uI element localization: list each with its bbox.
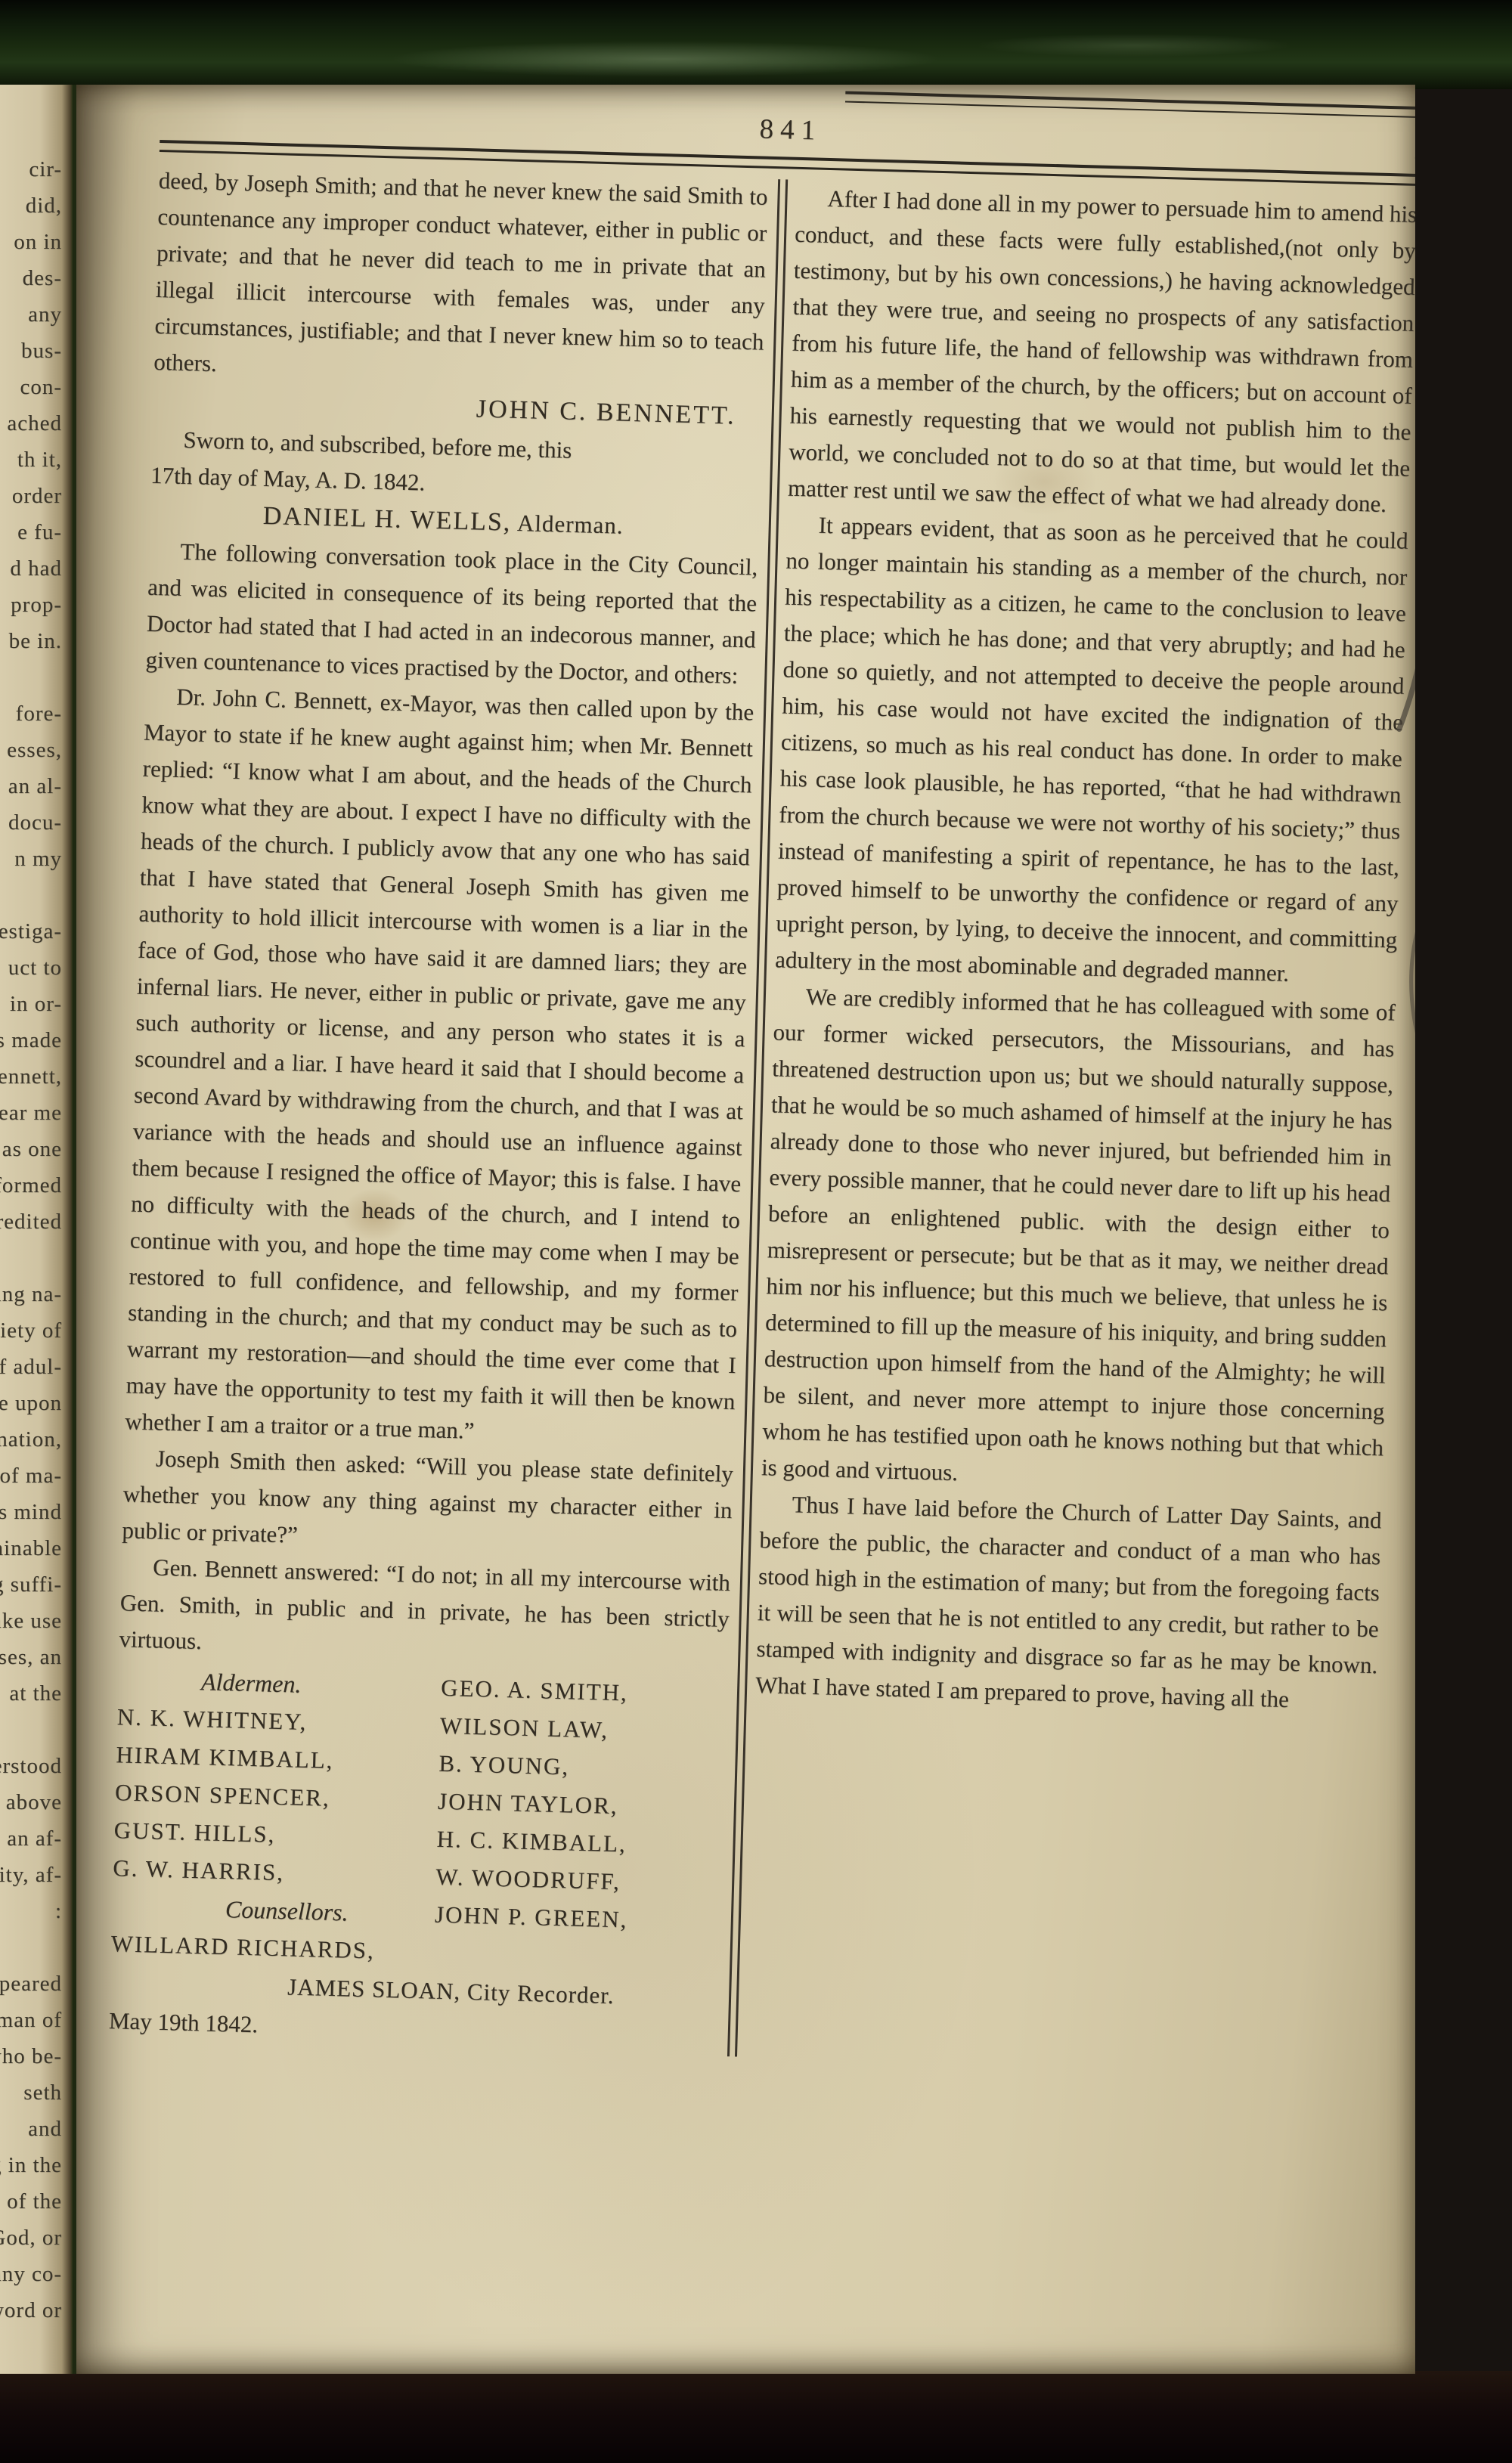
paragraph-credibly-informed: We are credibly informed that he has col…: [761, 977, 1396, 1502]
paragraph-smith-question: Joseph Smith then asked: “Will you pleas…: [122, 1439, 734, 1565]
previous-page-sliver: cir- did, on in des- any bus- con- ached…: [0, 85, 76, 2374]
book-page: 841 deed, by Joseph Smith; and that he n…: [76, 85, 1415, 2374]
paragraph-deed-affidavit: deed, by Joseph Smith; and that he never…: [153, 163, 768, 397]
paragraph-appears-evident: It appears evident, that as soon as he p…: [775, 507, 1409, 995]
paragraph-conversation-intro: The following conversation took place in…: [145, 533, 758, 695]
council-name: JOHN P. GREEN,: [434, 1896, 721, 1941]
right-column: After I had done all in my power to pers…: [745, 180, 1415, 2074]
paragraph-fellowship-withdrawn: After I had done all in my power to pers…: [787, 180, 1415, 523]
book-cover-binding: [0, 0, 1512, 89]
printed-area: 841 deed, by Joseph Smith; and that he n…: [108, 92, 1415, 2074]
text-columns: deed, by Joseph Smith; and that he never…: [108, 163, 1415, 2074]
aldermen-list: Aldermen. N. K. WHITNEY, HIRAM KIMBALL, …: [110, 1660, 442, 1971]
book-bottom-shadow: [0, 2371, 1512, 2463]
wells-title: Alderman.: [517, 510, 624, 539]
paragraph-bennett-answer: Gen. Bennett answered: “I do not; in all…: [119, 1548, 731, 1674]
wells-name: DANIEL H. WELLS,: [262, 502, 511, 537]
signatories-block: Aldermen. N. K. WHITNEY, HIRAM KIMBALL, …: [110, 1660, 728, 1979]
gutter-text-fragments: cir- did, on in des- any bus- con- ached…: [0, 151, 62, 2328]
page-fore-edge: [1415, 83, 1512, 2375]
left-column: deed, by Joseph Smith; and that he never…: [108, 163, 768, 2056]
council-names-list: GEO. A. SMITH, WILSON LAW, B. YOUNG, JOH…: [433, 1669, 727, 1979]
paragraph-bennett-reply: Dr. John C. Bennett, ex-Mayor, was then …: [125, 678, 754, 1456]
paragraph-thus-laid-before: Thus I have laid before the Church of La…: [755, 1486, 1382, 1720]
